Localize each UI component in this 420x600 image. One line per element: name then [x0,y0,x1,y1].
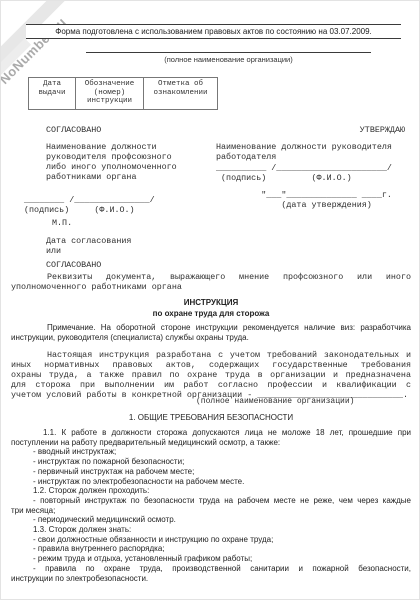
requisites-paragraph: Реквизиты документа, выражающего мнение … [11,272,411,292]
body-line: - периодический медицинский осмотр. [11,515,411,525]
requisites-line: уполномоченного работниками органа [11,282,411,292]
intro-paragraph: Настоящая инструкция разработана с учето… [11,350,411,400]
approve-label: УТВЕРЖДАЮ [360,125,405,135]
union-signature-line: ________ /_______________/ (подпись) (Ф.… [24,196,155,215]
employer-head-role-text: Наименование должности руководителя рабо… [216,142,392,162]
body-line: 1.2. Сторож должен проходить: [11,486,411,496]
issue-table-header-row: Дата выдачи Обозначение (номер) инструкц… [29,78,218,110]
body-line: - правила внутреннего распорядка; [11,544,411,554]
intro-line: иных нормативных правовых актов, содержа… [11,360,411,370]
body-line: поступлении на работу предварительный ме… [11,438,411,448]
body-line: три месяца; [11,506,411,516]
union-head-role-text: Наименование должности руководителя проф… [46,142,177,182]
intro-line: для сторожа при выполнении им работ согл… [11,380,411,390]
org-name-caption-2: (полное наименование организации) [196,397,354,406]
body-line: - первичный инструктаж на рабочем месте; [11,467,411,477]
body-line: - инструктаж по электробезопасности на р… [11,477,411,487]
note-line: инструкции, руководителя (специалиста) с… [11,333,411,343]
body-line: - свои должностные обязанности и инструк… [11,535,411,545]
intro-line: охраны труда, а также правил по охране т… [11,370,411,380]
note-line: Примечание. На оборотной стороне инструк… [11,323,411,333]
form-prepared-banner: Форма подготовлена с использованием прав… [26,24,401,39]
body-line: - инструктаж по пожарной безопасности; [11,457,411,467]
agreed-label: СОГЛАСОВАНО [46,125,101,135]
note-paragraph: Примечание. На оборотной стороне инструк… [11,323,411,343]
employer-signature-line: __________ /______________________/ (под… [216,164,392,183]
body-line: 1.1. К работе в должности сторожа допуск… [11,428,411,438]
agreed-label-2: СОГЛАСОВАНО [46,260,101,270]
stamp-placeholder: М.П. [52,218,72,228]
body-line: инструкции по электробезопасности. [11,574,411,584]
title-line-2: по охране труда для сторожа [1,308,420,319]
body-line: - вводный инструктаж; [11,447,411,457]
document-title: ИНСТРУКЦИЯ по охране труда для сторожа [1,297,420,319]
section-1-body: 1.1. К работе в должности сторожа допуск… [11,428,411,583]
title-line-1: ИНСТРУКЦИЯ [1,297,420,308]
body-line: - повторный инструктаж по безопасности т… [11,496,411,506]
requisites-line: Реквизиты документа, выражающего мнение … [11,272,411,282]
issue-table-col-date: Дата выдачи [29,78,76,110]
body-line: - правила по охране труда, производствен… [11,564,411,574]
issue-table: Дата выдачи Обозначение (номер) инструкц… [28,77,218,110]
org-name-caption: (полное наименование организации) [86,55,371,64]
body-line: - режим труда и отдыха, установленный гр… [11,554,411,564]
section-1-heading: 1. ОБЩИЕ ТРЕБОВАНИЯ БЕЗОПАСНОСТИ [1,413,420,422]
body-line: 1.3. Сторож должен знать: [11,525,411,535]
issue-table-col-number: Обозначение (номер) инструкции [76,78,144,110]
org-name-blank-line [86,52,371,53]
intro-line: Настоящая инструкция разработана с учето… [11,350,411,360]
agreement-date-text: Дата согласования или [46,236,131,256]
document-page: { "colors": { "ink": "#222222", "line": … [0,0,420,600]
approval-date-line: "___"______________ ____г. (дата утвержд… [216,191,392,210]
issue-table-col-ack: Отметка об ознакомлении [144,78,218,110]
